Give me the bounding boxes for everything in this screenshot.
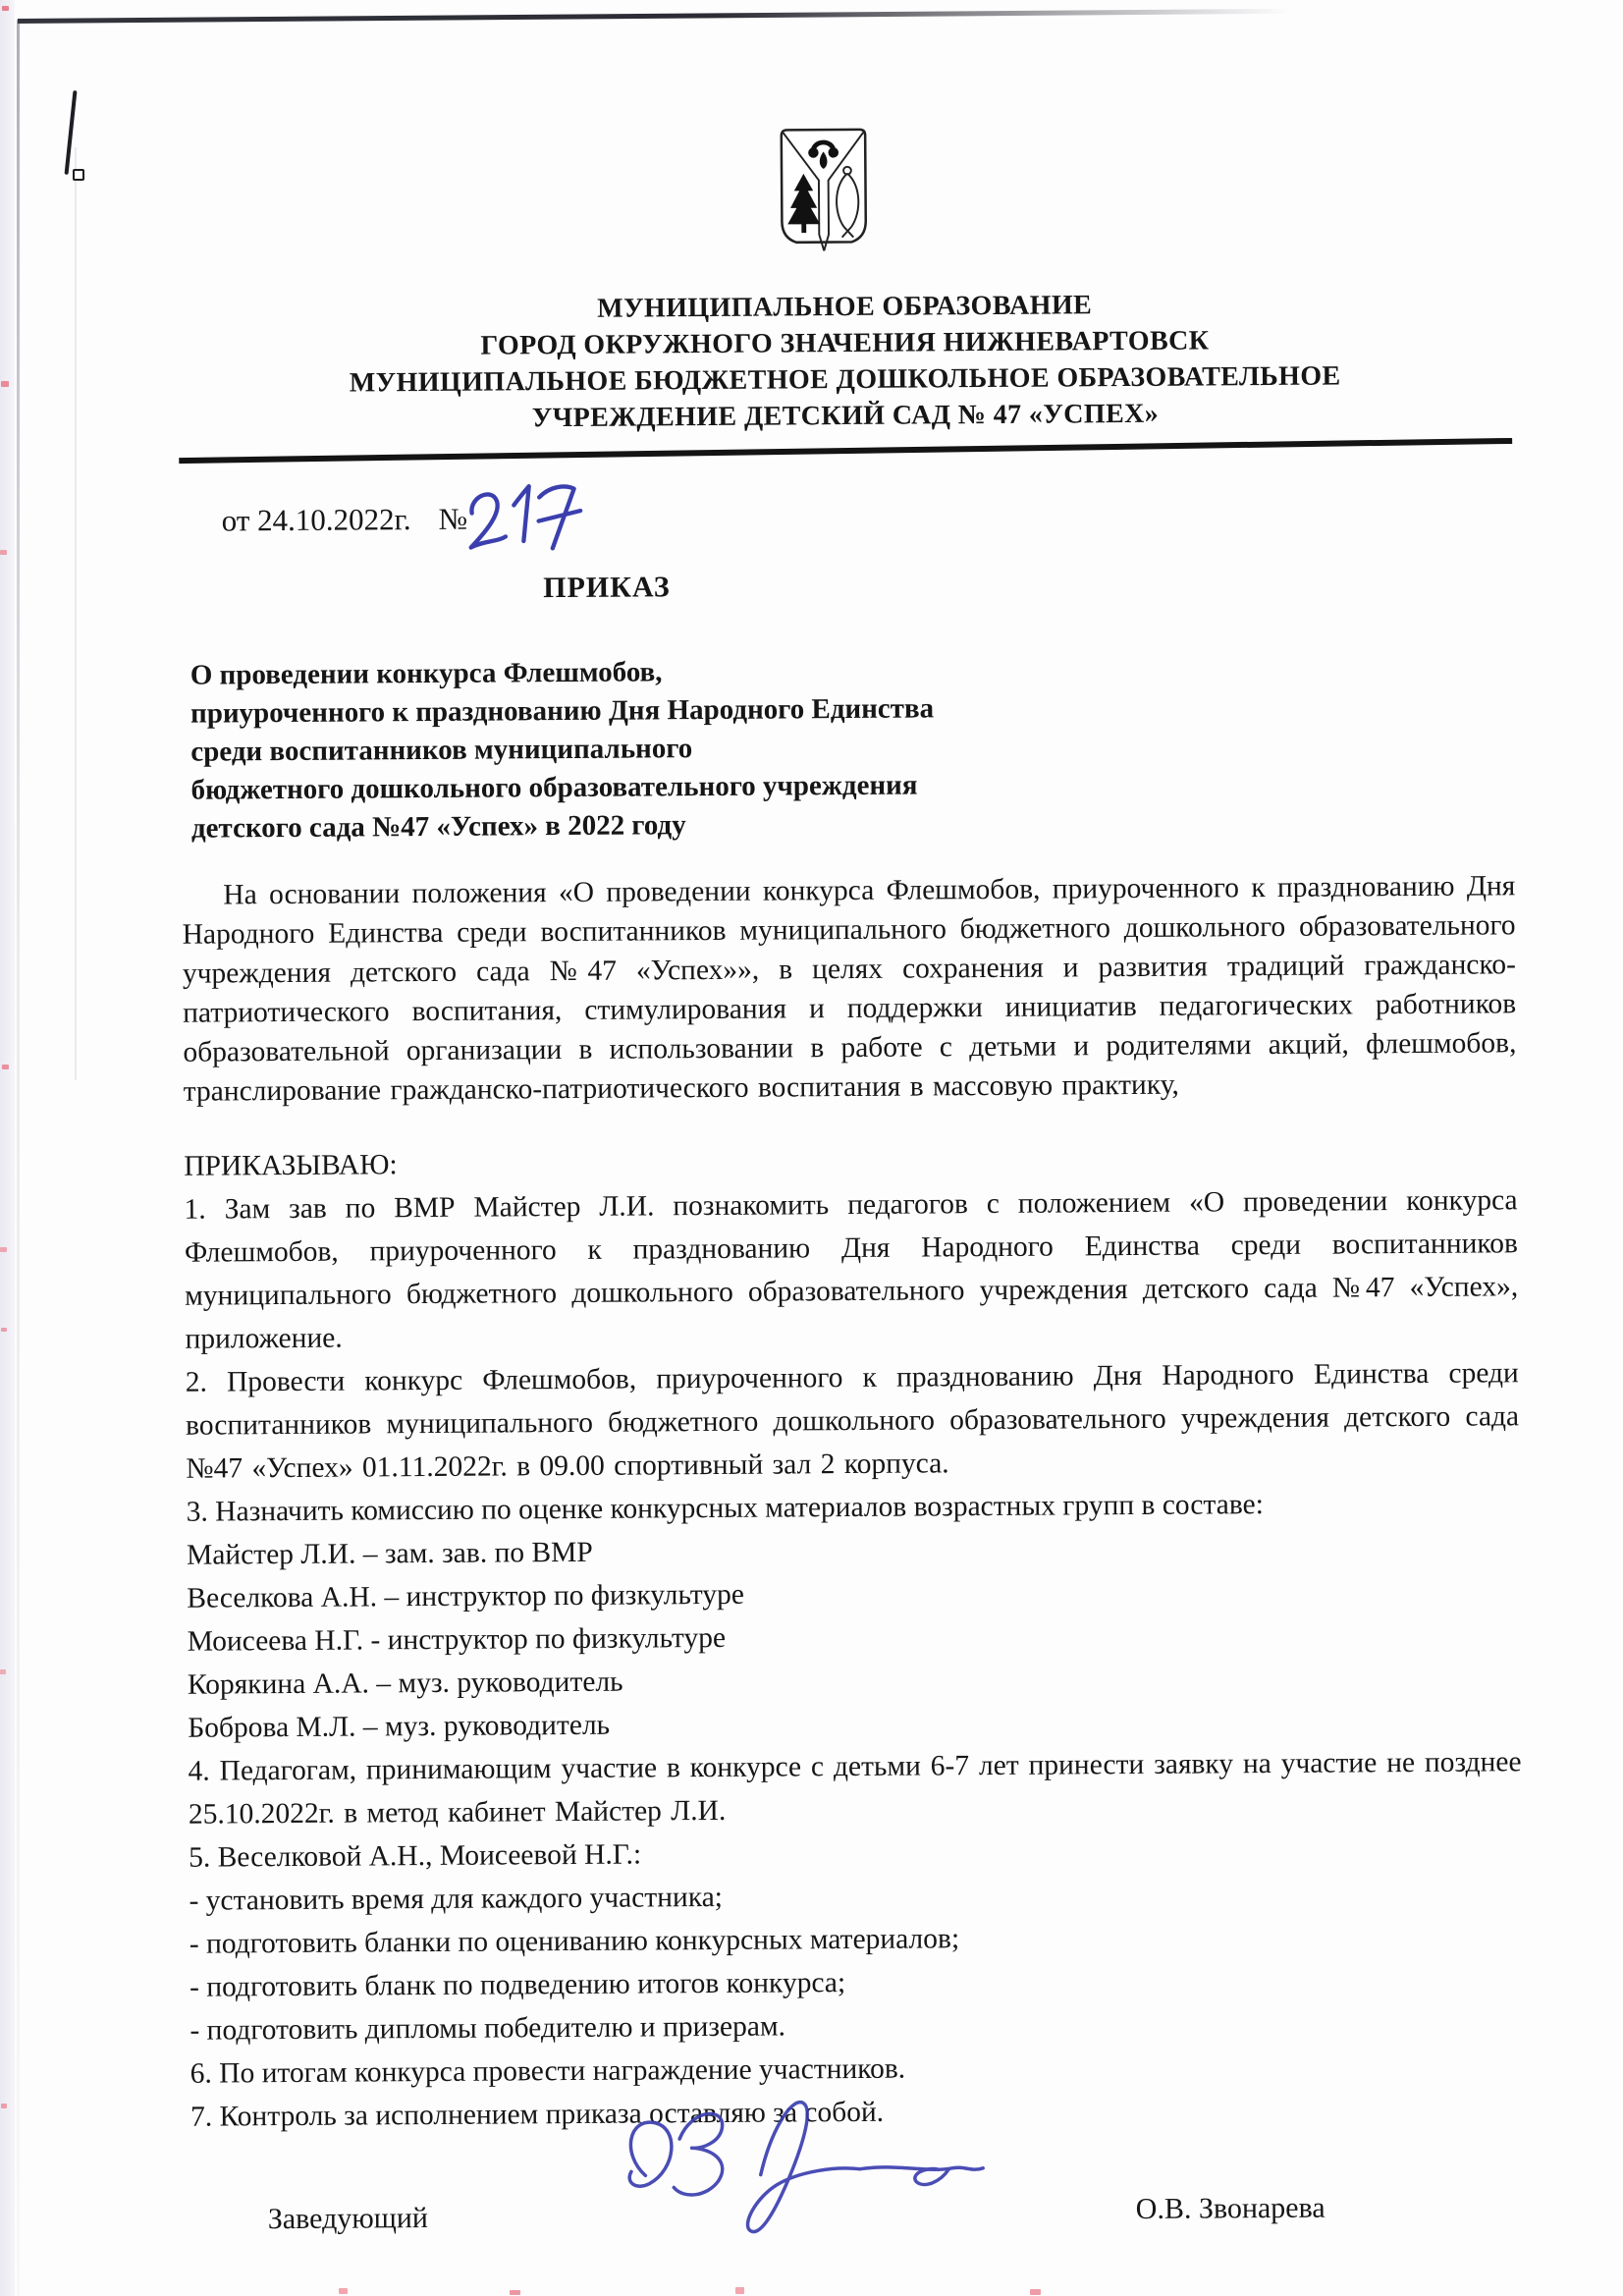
document-type-title: ПРИКАЗ [543,565,1513,605]
header-divider-rule [179,438,1512,464]
scan-artifact [339,2288,348,2294]
order-item-1: 1. Зам зав по ВМР Майстер Л.И. познакоми… [184,1178,1518,1360]
order-item-2: 2. Провести конкурс Флешмобов, приурочен… [186,1351,1520,1490]
preamble-paragraph: На основании положения «О проведении кон… [182,866,1517,1111]
date-number-row: от 24.10.2022г.№ [180,494,1513,548]
scanned-order-page: МУНИЦИПАЛЬНОЕ ОБРАЗОВАНИЕ ГОРОД ОКРУЖНОГ… [0,0,1623,2296]
scan-fold-line [75,147,77,1080]
scan-artifact [2,1065,9,1069]
handwritten-order-number [453,472,589,573]
organization-header: МУНИЦИПАЛЬНОЕ ОБРАЗОВАНИЕ ГОРОД ОКРУЖНОГ… [178,284,1512,438]
scan-artifact [510,2290,520,2295]
signer-name: О.В. Звонарева [1136,2192,1325,2226]
scan-artifact [0,1247,7,1252]
nizhnevartovsk-coat-of-arms-icon [775,126,871,260]
scan-artifact [0,1669,6,1674]
scan-artifact [0,550,7,555]
scan-left-edge [0,0,15,2296]
date-text: от 24.10.2022г. [222,502,411,537]
scan-artifact [735,2287,744,2294]
director-signature-icon [583,2074,1055,2257]
scan-artifact [2,6,9,11]
document-content: МУНИЦИПАЛЬНОЕ ОБРАЗОВАНИЕ ГОРОД ОКРУЖНОГ… [176,0,1525,2255]
staple-mark-end [73,169,84,181]
scan-artifact [1,2104,7,2108]
order-body: ПРИКАЗЫВАЮ: 1. Зам зав по ВМР Майстер Л.… [184,1135,1524,2138]
scan-artifact [1,381,9,387]
scan-artifact [1030,2289,1041,2295]
signer-position: Заведующий [268,2202,428,2236]
order-item-4: 4. Педагогам, принимающим участие в конк… [188,1740,1522,1835]
signature-row: Заведующий О.В. Звонарева [191,2186,1525,2254]
order-subject: О проведении конкурса Флешмобов, приуроч… [181,647,1515,847]
subject-line: детского сада №47 «Успех» в 2022 году [191,800,1515,847]
scan-artifact [1,1328,7,1332]
scan-left-edge-line [17,20,20,2296]
